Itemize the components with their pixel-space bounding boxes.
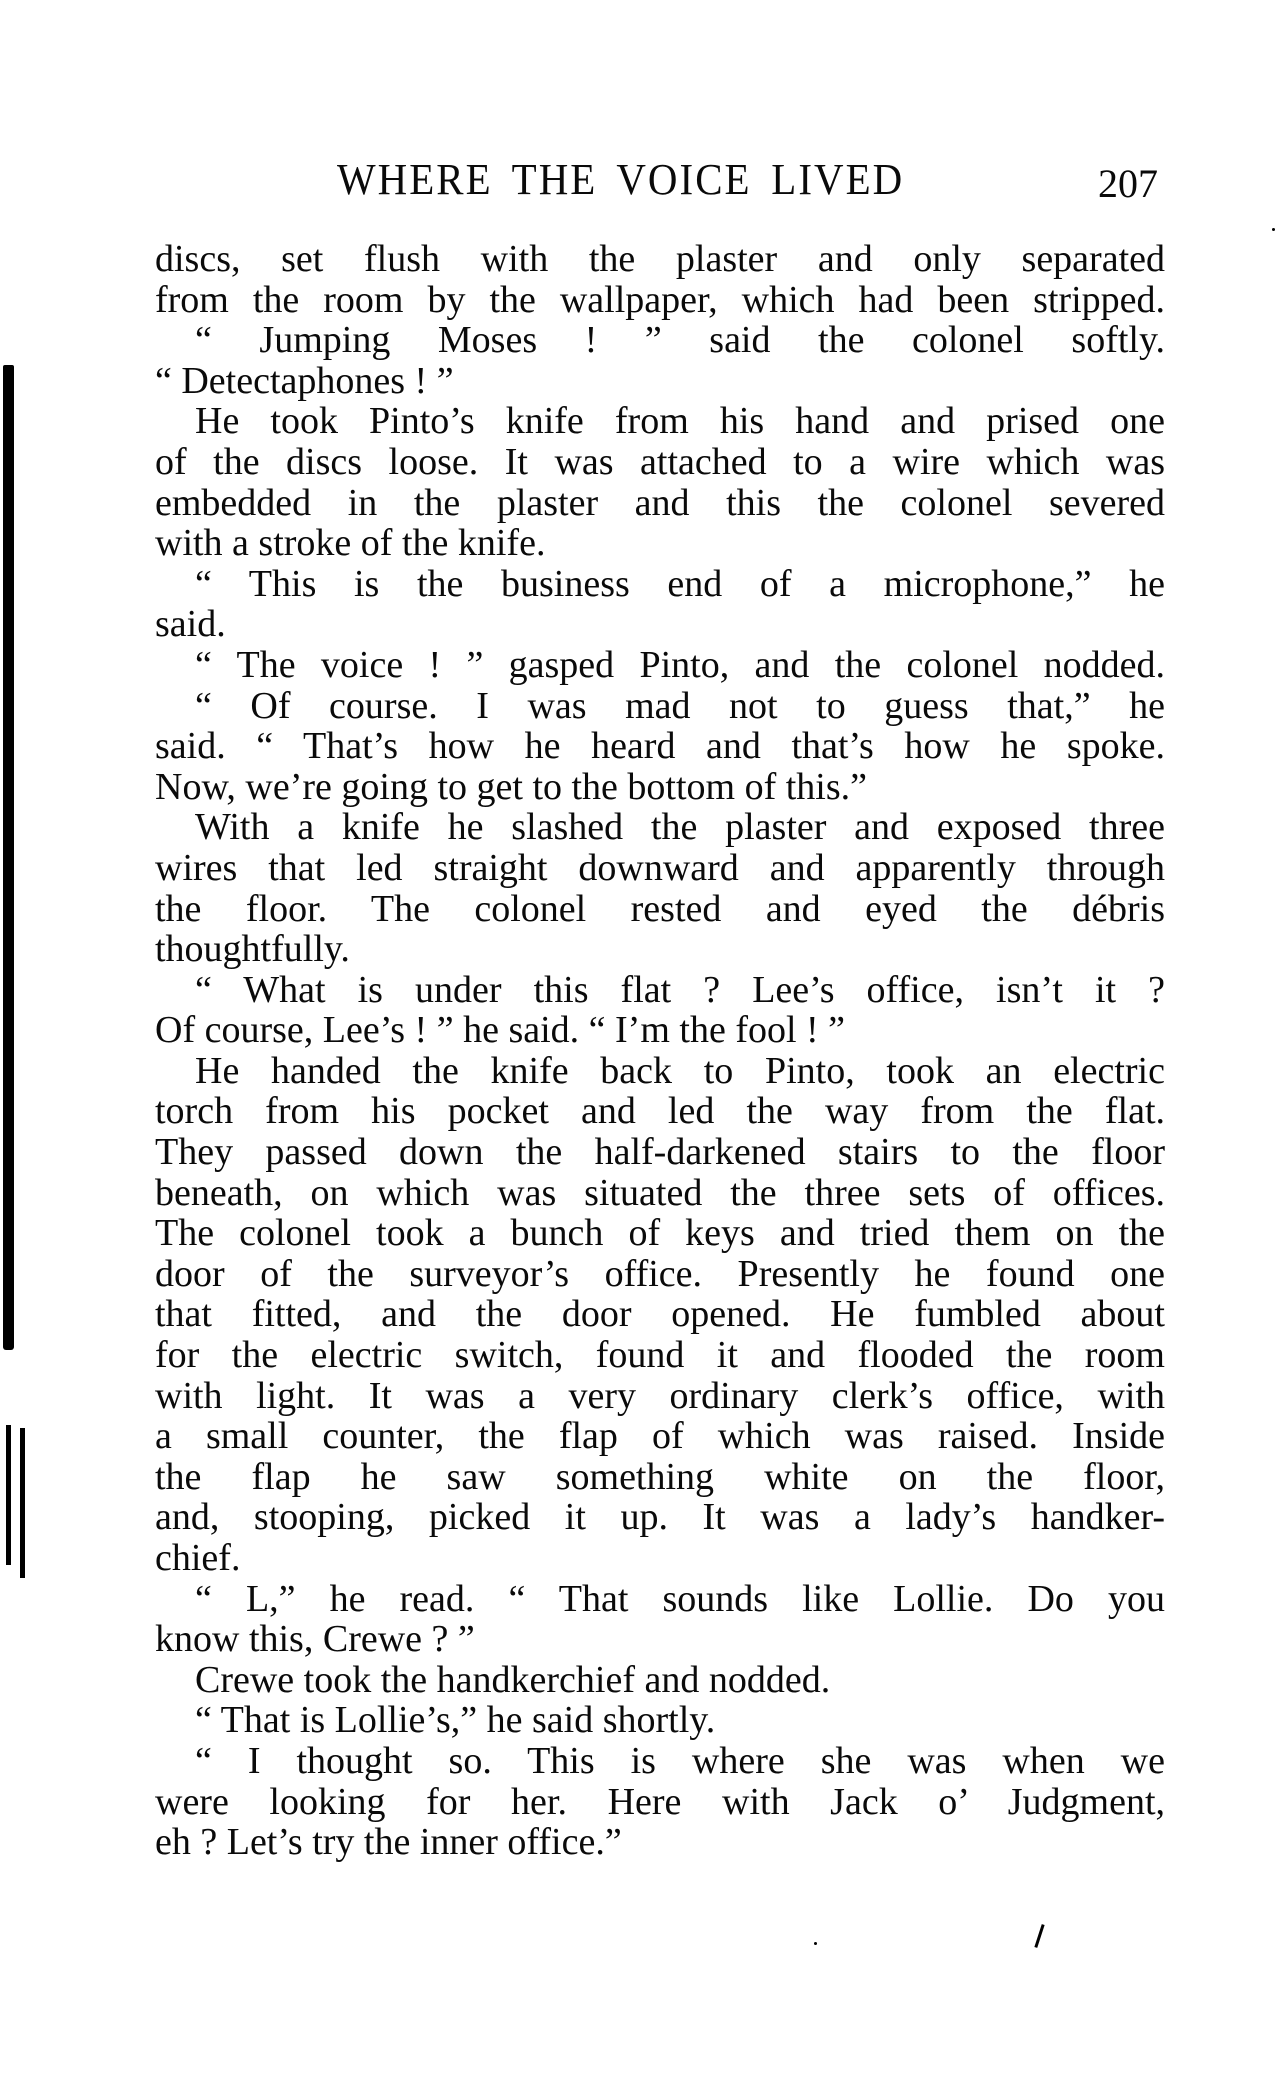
- text-line: “ What is under this flat ? Lee’s office…: [155, 970, 1165, 1011]
- text-line: the flap he saw something white on the f…: [155, 1457, 1165, 1498]
- text-line: “ This is the business end of a micropho…: [155, 564, 1165, 605]
- text-line: The colonel took a bunch of keys and tri…: [155, 1213, 1165, 1254]
- text-line: He handed the knife back to Pinto, took …: [155, 1051, 1165, 1092]
- body-text: discs, set flush with the plaster and on…: [155, 239, 1165, 1863]
- text-line: “ Detectaphones ! ”: [155, 361, 1165, 402]
- text-line: “ Of course. I was mad not to guess that…: [155, 686, 1165, 727]
- text-line: with a stroke of the knife.: [155, 523, 1165, 564]
- text-line: eh ? Let’s try the inner office.”: [155, 1822, 1165, 1863]
- text-line: know this, Crewe ? ”: [155, 1619, 1165, 1660]
- text-line: He took Pinto’s knife from his hand and …: [155, 401, 1165, 442]
- text-line: said.: [155, 604, 1165, 645]
- text-line: with light. It was a very ordinary clerk…: [155, 1376, 1165, 1417]
- text-line: that fitted, and the door opened. He fum…: [155, 1294, 1165, 1335]
- text-line: “ I thought so. This is where she was wh…: [155, 1741, 1165, 1782]
- scan-binding-mark: [6, 1425, 11, 1565]
- text-line: from the room by the wallpaper, which ha…: [155, 280, 1165, 321]
- text-line: “ The voice ! ” gasped Pinto, and the co…: [155, 645, 1165, 686]
- text-line: for the electric switch, found it and fl…: [155, 1335, 1165, 1376]
- text-line: beneath, on which was situated the three…: [155, 1173, 1165, 1214]
- page-number: 207: [1098, 154, 1158, 214]
- text-line: embedded in the plaster and this the col…: [155, 483, 1165, 524]
- text-line: With a knife he slashed the plaster and …: [155, 807, 1165, 848]
- text-line: chief.: [155, 1538, 1165, 1579]
- text-line: door of the surveyor’s office. Presently…: [155, 1254, 1165, 1295]
- text-line: of the discs loose. It was attached to a…: [155, 442, 1165, 483]
- text-line: “ L,” he read. “ That sounds like Lollie…: [155, 1579, 1165, 1620]
- running-head: WHERE THE VOICE LIVED 207: [0, 150, 1284, 210]
- text-line: “ That is Lollie’s,” he said shortly.: [155, 1700, 1165, 1741]
- text-line: said. “ That’s how he heard and that’s h…: [155, 726, 1165, 767]
- text-line: Of course, Lee’s ! ” he said. “ I’m the …: [155, 1010, 1165, 1051]
- text-line: wires that led straight downward and app…: [155, 848, 1165, 889]
- text-line: discs, set flush with the plaster and on…: [155, 239, 1165, 280]
- text-line: were looking for her. Here with Jack o’ …: [155, 1782, 1165, 1823]
- scan-binding-shadow: [3, 365, 14, 1350]
- text-line: Now, we’re going to get to the bottom of…: [155, 767, 1165, 808]
- text-line: Crewe took the handkerchief and nodded.: [155, 1660, 1165, 1701]
- text-line: a small counter, the flap of which was r…: [155, 1416, 1165, 1457]
- text-line: They passed down the half-darkened stair…: [155, 1132, 1165, 1173]
- stray-pen-mark: [1034, 1924, 1044, 1948]
- running-title: WHERE THE VOICE LIVED: [337, 150, 937, 210]
- scan-speck: [814, 1942, 817, 1945]
- text-line: the floor. The colonel rested and eyed t…: [155, 889, 1165, 930]
- text-line: and, stooping, picked it up. It was a la…: [155, 1497, 1165, 1538]
- scan-binding-mark: [20, 1428, 25, 1578]
- scan-speck: [1272, 228, 1275, 231]
- text-line: “ Jumping Moses ! ” said the colonel sof…: [155, 320, 1165, 361]
- text-line: thoughtfully.: [155, 929, 1165, 970]
- text-line: torch from his pocket and led the way fr…: [155, 1091, 1165, 1132]
